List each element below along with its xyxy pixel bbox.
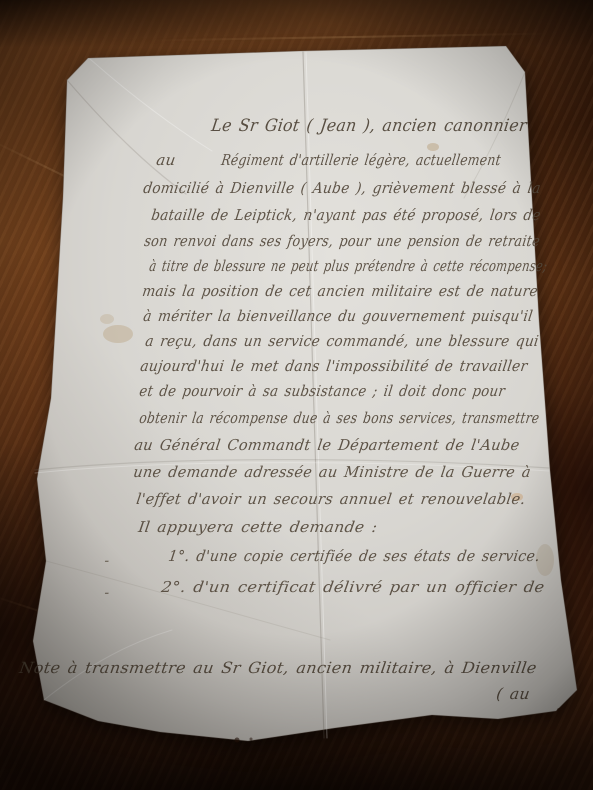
manuscript-line: - xyxy=(103,583,111,603)
manuscript-line: obtenir la récompense due à ses bons ser… xyxy=(138,408,541,428)
manuscript-line: 1°. d'une copie certifiée de ses états d… xyxy=(167,546,541,566)
manuscript-line: Il appuyera cette demande : xyxy=(137,517,379,537)
manuscript-line: à titre de blessure ne peut plus prétend… xyxy=(148,256,549,276)
manuscript-line: bataille de Leiptick, n'ayant pas été pr… xyxy=(150,205,542,225)
manuscript-line: et de pourvoir à sa subsistance ; il doi… xyxy=(138,381,506,401)
photo-scene: Le Sr Giot ( Jean ), ancien canonnierauR… xyxy=(0,0,593,790)
manuscript-line: domicilié à Dienville ( Aube ), grièveme… xyxy=(142,178,542,198)
manuscript-line: ( au xyxy=(495,684,531,704)
manuscript-line: son renvoi dans ses foyers, pour une pen… xyxy=(143,231,541,251)
manuscript-line: aujourd'hui le met dans l'impossibilité … xyxy=(139,356,529,376)
manuscript-line: mais la position de cet ancien militaire… xyxy=(141,281,539,301)
manuscript-line: a reçu, dans un service commandé, une bl… xyxy=(144,331,540,351)
manuscript-text-layer: Le Sr Giot ( Jean ), ancien canonnierauR… xyxy=(0,0,593,790)
manuscript-line: - xyxy=(103,551,111,571)
manuscript-line: 2°. d'un certificat délivré par un offic… xyxy=(160,577,546,597)
manuscript-line: Régiment d'artillerie légère, actuelleme… xyxy=(220,150,502,170)
manuscript-line: à mériter la bienveillance du gouverneme… xyxy=(142,306,534,326)
manuscript-line: au xyxy=(155,150,177,170)
manuscript-line: Le Sr Giot ( Jean ), ancien canonnier xyxy=(210,116,528,136)
manuscript-line: l'effet d'avoir un secours annuel et ren… xyxy=(135,489,527,509)
manuscript-line: au Général Commandt le Département de l'… xyxy=(133,435,521,455)
manuscript-line: Note à transmettre au Sr Giot, ancien mi… xyxy=(18,658,538,678)
manuscript-line: une demande adressée au Ministre de la G… xyxy=(132,462,532,482)
